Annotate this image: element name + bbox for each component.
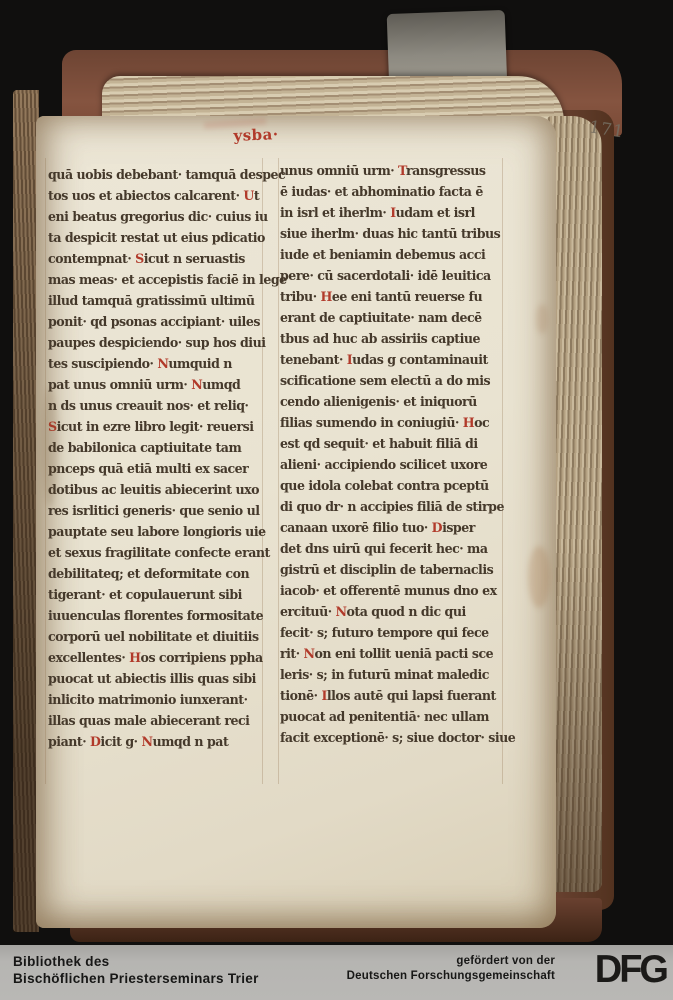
manuscript-line: mas meas· et accepistis faciē in lege: [48, 269, 270, 290]
running-title-rubric: ysba·: [201, 124, 312, 146]
manuscript-line: n ds unus creauit nos· et reliq·: [48, 395, 270, 416]
manuscript-line: illud tamquā gratissimū ultimū: [48, 290, 270, 311]
manuscript-line: tionē· Illos autē qui lapsi fuerant: [280, 685, 502, 706]
manuscript-line: debilitateq; et deformitate con: [48, 563, 270, 584]
funding-note-line2: Deutschen Forschungsgemeinschaft: [347, 969, 555, 984]
manuscript-line: ponit· qd psonas accipiant· uiles: [48, 311, 270, 332]
manuscript-line: eni beatus gregorius dic· cuius iu: [48, 206, 270, 227]
manuscript-line: tos uos et abiectos calcarent· Ut: [48, 185, 270, 206]
dfg-logo: DFG: [595, 949, 666, 993]
manuscript-line: dotibus ac leuitis abiecerint uxo: [48, 479, 270, 500]
manuscript-line: pat unus omniū urm· Numqd: [48, 374, 270, 395]
manuscript-column-right: unus omniū urm· Transgressusē iudas· et …: [280, 160, 502, 748]
manuscript-line: fecit· s; futuro tempore qui fece: [280, 622, 502, 643]
manuscript-line: iacob· et offerentē munus dno ex: [280, 580, 502, 601]
manuscript-line: est qd sequit· et habuit filiā di: [280, 433, 502, 454]
manuscript-line: rit· Non eni tollit ueniā pacti sce: [280, 643, 502, 664]
manuscript-line: tigerant· et copulauerunt sibi: [48, 584, 270, 605]
manuscript-line: res isrlitici generis· que senio ul: [48, 500, 270, 521]
funding-note: gefördert von der Deutschen Forschungsge…: [347, 954, 555, 983]
manuscript-line: que idola colebat contra pceptū: [280, 475, 502, 496]
parchment-stain: [528, 546, 550, 608]
manuscript-line: pauptate seu labore longioris uie: [48, 521, 270, 542]
manuscript-line: tes suscipiendo· Numquid n: [48, 353, 270, 374]
manuscript-page: ysba· quā uobis debebant· tamquā despect…: [36, 116, 556, 928]
manuscript-line: contempnat· Sicut n seruastis: [48, 248, 270, 269]
funding-note-line1: gefördert von der: [347, 954, 555, 969]
manuscript-line: paupes despiciendo· sup hos diui: [48, 332, 270, 353]
digitized-manuscript-photo: ysba· quā uobis debebant· tamquā despect…: [0, 0, 673, 1000]
manuscript-line: pnceps quā etiā multi ex sacer: [48, 458, 270, 479]
manuscript-line: canaan uxorē filio tuo· Disper: [280, 517, 502, 538]
manuscript-column-left: quā uobis debebant· tamquā despectos uos…: [48, 164, 270, 752]
manuscript-line: illas quas male abiecerant reci: [48, 710, 270, 731]
manuscript-line: puocat ut abiectis illis quas sibi: [48, 668, 270, 689]
library-footer-bar: Bibliothek des Bischöflichen Priestersem…: [0, 945, 673, 1000]
manuscript-line: iude et beniamin debemus acci: [280, 244, 502, 265]
manuscript-line: puocat ad penitentiā· nec ullam: [280, 706, 502, 727]
library-name-line1: Bibliothek des: [13, 953, 259, 970]
manuscript-line: ē iudas· et abhominatio facta ē: [280, 181, 502, 202]
manuscript-line: cendo alienigenis· et iniquorū: [280, 391, 502, 412]
manuscript-line: erant de captiuitate· nam decē: [280, 307, 502, 328]
manuscript-line: leris· s; in futurū minat maledic: [280, 664, 502, 685]
manuscript-line: di quo dr· n accipies filiā de stirpe: [280, 496, 502, 517]
manuscript-line: pere· cū sacerdotali· idē leuitica: [280, 265, 502, 286]
manuscript-line: et sexus fragilitate confecte erant: [48, 542, 270, 563]
manuscript-line: gistrū et disciplin de tabernaclis: [280, 559, 502, 580]
manuscript-line: scificatione sem electū a do mis: [280, 370, 502, 391]
manuscript-line: iuuenculas florentes formositate: [48, 605, 270, 626]
manuscript-line: in isrl et iherlm· Iudam et isrl: [280, 202, 502, 223]
parchment-stain: [536, 304, 548, 334]
manuscript-line: corporū uel nobilitate et diuitiis: [48, 626, 270, 647]
manuscript-line: filias sumendo in coniugiū· Hoc: [280, 412, 502, 433]
ruling-line: [502, 158, 503, 784]
manuscript-line: siue iherlm· duas hic tantū tribus: [280, 223, 502, 244]
manuscript-line: tribu· Hee eni tantū reuerse fu: [280, 286, 502, 307]
parchment-stain: [42, 386, 58, 506]
manuscript-line: alieni· accipiendo scilicet uxore: [280, 454, 502, 475]
manuscript-line: det dns uirū qui fecerit hec· ma: [280, 538, 502, 559]
library-name-line2: Bischöflichen Priesterseminars Trier: [13, 970, 259, 987]
manuscript-line: unus omniū urm· Transgressus: [280, 160, 502, 181]
manuscript-line: ta despicit restat ut eius pdicatio: [48, 227, 270, 248]
manuscript-line: tbus ad huc ab assiriis captiue: [280, 328, 502, 349]
manuscript-line: inlicito matrimonio iunxerant·: [48, 689, 270, 710]
manuscript-line: Sicut in ezre libro legit· reuersi: [48, 416, 270, 437]
manuscript-line: de babilonica captiuitate tam: [48, 437, 270, 458]
manuscript-line: facit exceptionē· s; siue doctor· siue: [280, 727, 502, 748]
manuscript-line: ercituū· Nota quod n dic qui: [280, 601, 502, 622]
library-attribution: Bibliothek des Bischöflichen Priestersem…: [13, 953, 259, 987]
manuscript-line: excellentes· Hos corripiens ppha: [48, 647, 270, 668]
ruling-line: [278, 158, 279, 784]
manuscript-line: tenebant· Iudas g contaminauit: [280, 349, 502, 370]
manuscript-line: quā uobis debebant· tamquā despec: [48, 164, 270, 185]
manuscript-line: piant· Dicit g· Numqd n pat: [48, 731, 270, 752]
